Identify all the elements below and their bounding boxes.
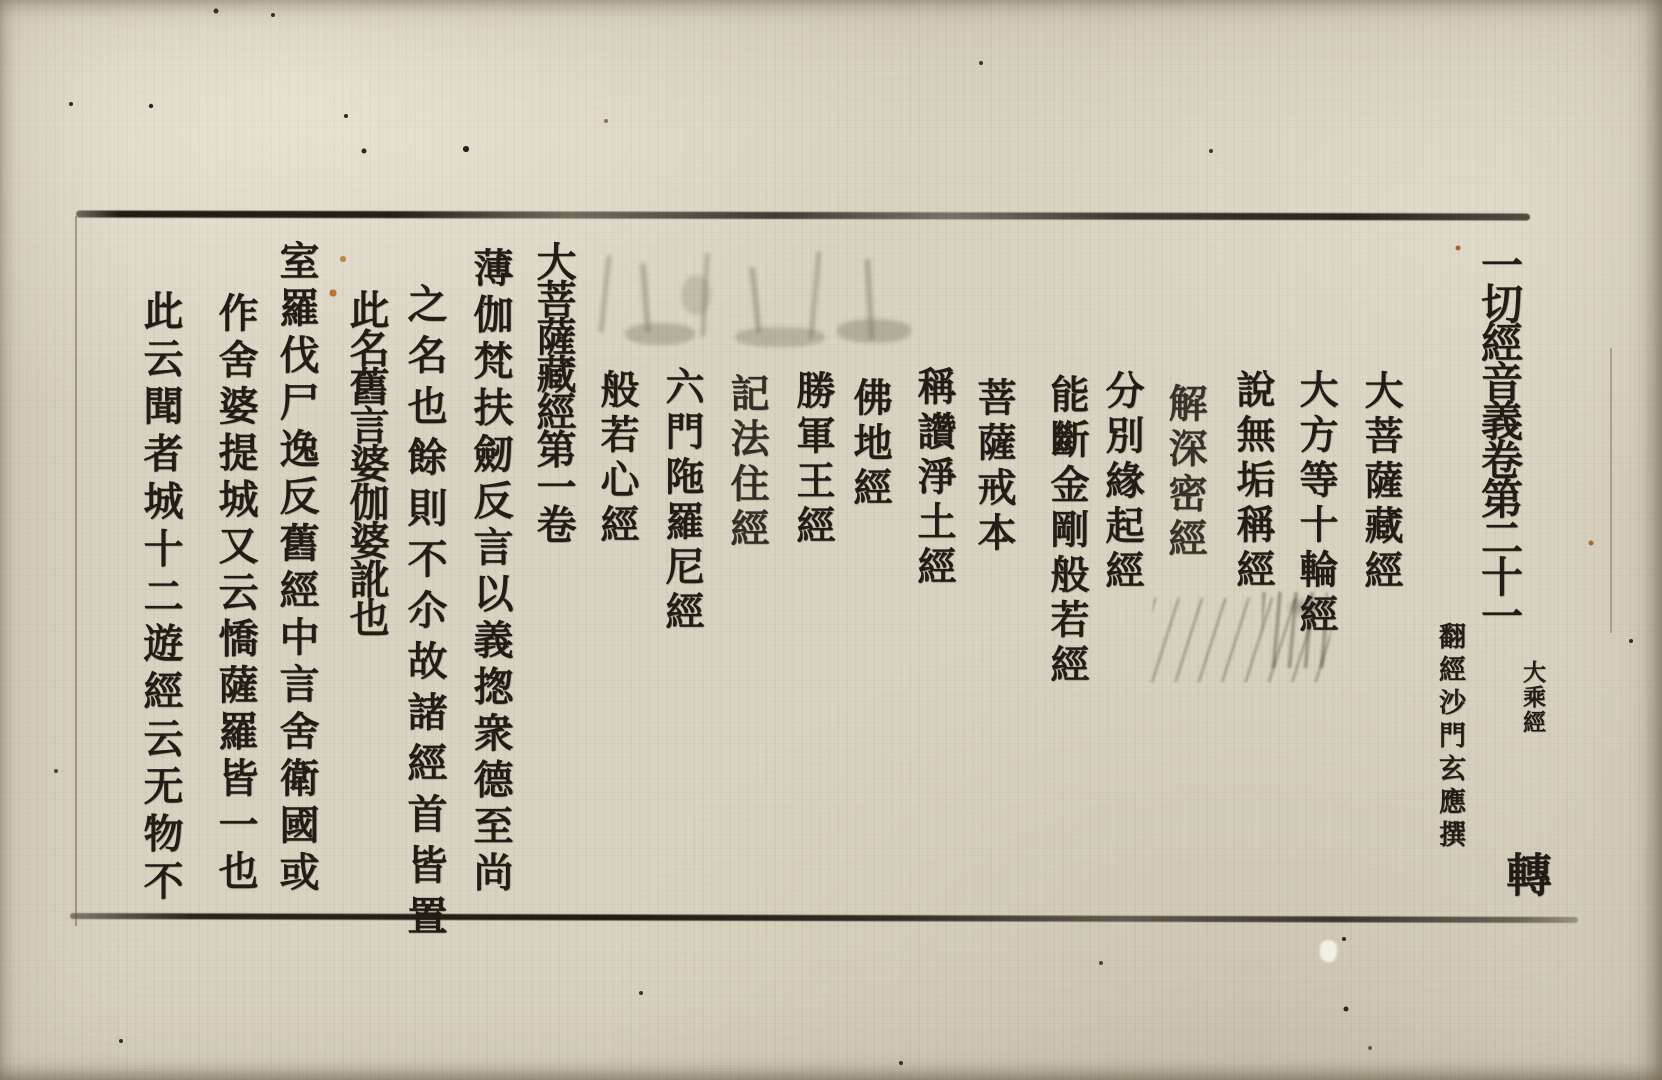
left-margin-rule [75, 216, 77, 926]
paper-light-patch [1320, 940, 1337, 962]
commentary-column: 之名也餘則不尒故諸經首皆置 [396, 283, 453, 946]
commentary-column: 室羅伐尸逸反舊經中言舍衛國或 [268, 240, 325, 898]
entry-heading-column: 大菩薩藏經第一卷 [525, 241, 582, 541]
commentary-column: 薄伽梵扶劒反言以義揔衆德至尚 [462, 247, 519, 898]
sutra-title-column: 解深密經 [1156, 383, 1212, 563]
case-mark-character: 轉 [1492, 851, 1558, 897]
paper-speck-layer [0, 0, 2, 2]
sutra-title-column: 記法住經 [718, 373, 774, 553]
sutra-title-column: 說無垢稱經 [1224, 369, 1280, 594]
sutra-title-column: 能斷金剛般若經 [1038, 374, 1094, 689]
collection-note: 大乘經 [1516, 660, 1549, 735]
sutra-title-column: 六門陁羅尼經 [653, 366, 709, 636]
sutra-title-column: 般若心經 [588, 369, 644, 549]
commentary-column: 此名舊言婆伽婆訛也 [338, 289, 395, 636]
sutra-title-column: 稱讚淨土經 [905, 366, 961, 591]
sutra-title-column: 勝軍王經 [784, 370, 840, 550]
sutra-title-column: 菩薩戒本 [965, 377, 1021, 557]
top-border-rule [76, 210, 1530, 220]
page-title-column: 一切經音義卷第二十一 [1468, 243, 1528, 633]
commentary-column: 此云聞者城十二遊經云无物不 [132, 290, 189, 908]
ink-offset-smudge [585, 245, 920, 363]
sutra-title-column: 大菩薩藏經 [1352, 370, 1408, 595]
right-margin-rule [1610, 348, 1612, 633]
manuscript-scan: { "doc": { "title": "一切經音義卷第二十一", "title… [0, 0, 1662, 1080]
bottom-border-rule [70, 913, 1578, 923]
sutra-title-column: 大方等十輪經 [1287, 369, 1343, 639]
commentary-column: 作舍婆提城又云憍薩羅皆一也 [207, 292, 264, 897]
sutra-title-column: 分別緣起經 [1093, 370, 1149, 595]
sutra-title-column: 佛地經 [841, 377, 897, 512]
compiler-column: 翻經沙門玄應撰 [1431, 622, 1470, 853]
